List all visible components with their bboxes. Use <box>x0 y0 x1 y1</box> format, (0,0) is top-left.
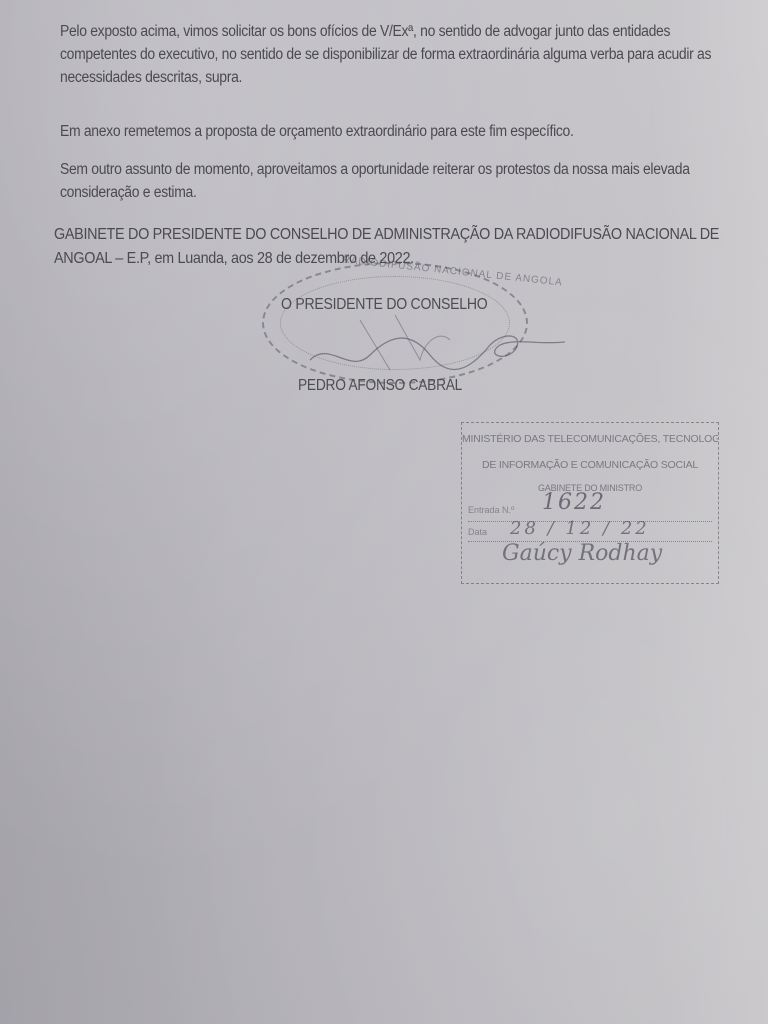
stamp-received-by-signature: Gaúcy Rodhay <box>502 541 662 566</box>
stamp-date: 28 / 12 / 22 <box>510 518 650 539</box>
paragraph-annex: Em anexo remetemos a proposta de orçamen… <box>60 120 744 143</box>
reception-stamp: MINISTÉRIO DAS TELECOMUNICAÇÕES, TECNOLO… <box>461 422 719 584</box>
stamp-ministry-line1: MINISTÉRIO DAS TELECOMUNICAÇÕES, TECNOLO… <box>462 433 718 445</box>
signatory-name: PEDRO AFONSO CABRAL <box>298 377 462 395</box>
signatory-title: O PRESIDENTE DO CONSELHO <box>281 296 487 314</box>
stamp-ministry-line2: DE INFORMAÇÃO E COMUNICAÇÃO SOCIAL <box>462 459 718 471</box>
stamp-date-label: Data <box>468 527 487 537</box>
paragraph-closing-courtesy: Sem outro assunto de momento, aproveitam… <box>60 158 744 204</box>
stamp-entry-label: Entrada N.º <box>468 505 514 515</box>
stamp-entry-number: 1622 <box>542 490 606 515</box>
paragraph-request: Pelo exposto acima, vimos solicitar os b… <box>60 20 744 89</box>
